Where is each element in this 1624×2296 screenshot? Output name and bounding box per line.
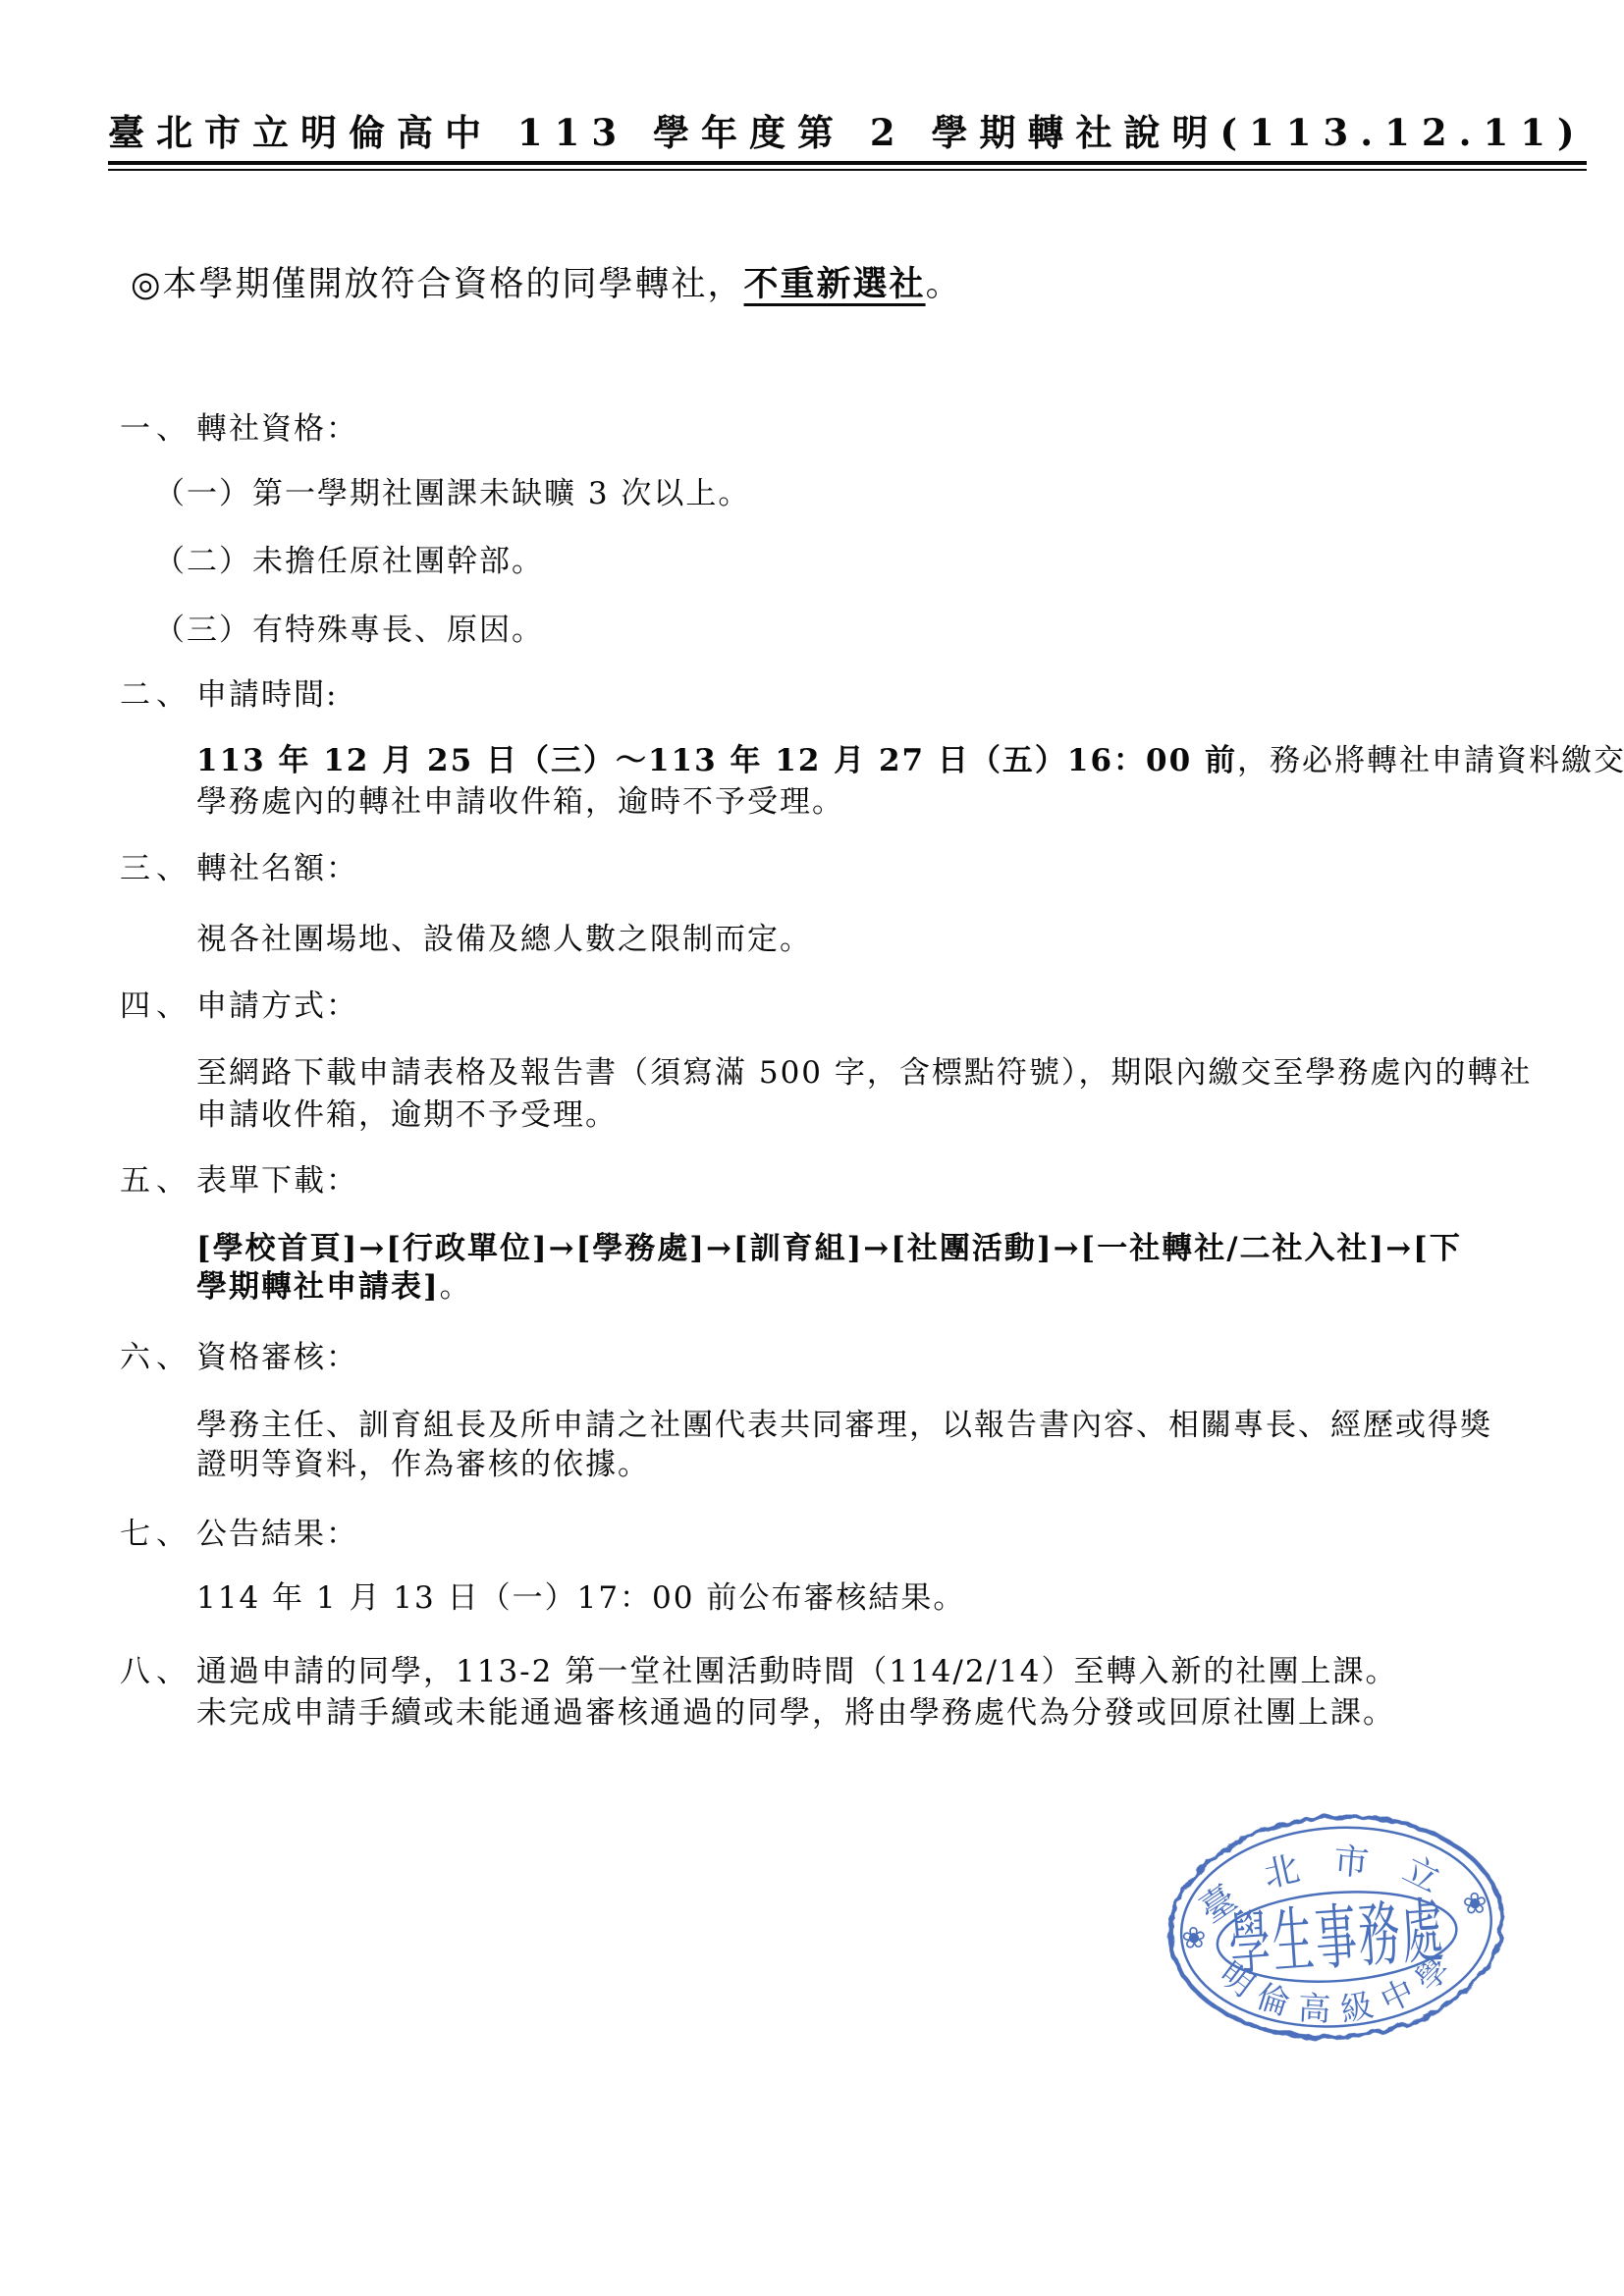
section-5-heading: 五、表單下載： [120,1159,358,1202]
section-1-heading-text: 轉社資格： [196,411,358,447]
section-5-heading-text: 表單下載： [196,1163,358,1199]
section-2-paragraph-line-2: 學務處內的轉社申請收件箱，逾時不予受理。 [196,780,844,824]
section-2-heading: 二、申請時間: [120,673,338,717]
download-path-line-1: [學校首頁]→[行政單位]→[學務處]→[訓育組]→[社團活動]→[一社轉社/二… [196,1227,1462,1270]
stamp-flower-right-icon: ❀ [1461,1886,1489,1922]
section-4-number: 四、 [120,985,196,1028]
section-7-paragraph: 114 年 1 月 13 日（一）17：00 前公布審核結果。 [196,1576,965,1620]
section-2-number: 二、 [120,673,196,717]
section-3-paragraph: 視各社團場地、設備及總人數之限制而定。 [196,918,812,961]
section-7-heading: 七、公告結果： [120,1513,358,1556]
section-6-number: 六、 [120,1336,196,1379]
section-4-heading: 四、申請方式： [120,985,358,1028]
section-3-heading-text: 轉社名額： [196,851,358,886]
document-title: 臺北市立明倫高中 113 學年度第 2 學期轉社說明(113.12.11) [108,110,1587,165]
list-item-1-1-number: （一） [154,472,252,515]
section-2-paragraph-line-1: 113 年 12 月 25 日（三）～113 年 12 月 27 日（五）16：… [196,739,1624,782]
section-8-line-1: 八、通過申請的同學，113-2 第一堂社團活動時間（114/2/14）至轉入新的… [120,1650,1397,1693]
section-4-paragraph-line-2: 申請收件箱，逾期不予受理。 [196,1094,618,1137]
section-6-paragraph-line-1: 學務主任、訓育組長及所申請之社團代表共同審理，以報告書內容、相關專長、經歷或得獎 [196,1404,1492,1447]
section-5-number: 五、 [120,1159,196,1202]
list-item-1-2-number: （二） [154,540,252,583]
section-7-heading-text: 公告結果： [196,1517,358,1552]
download-path-line-2-rest: 。 [440,1269,472,1305]
section-8-line-1-text: 通過申請的同學，113-2 第一堂社團活動時間（114/2/14）至轉入新的社團… [196,1654,1397,1689]
notice-suffix: 。 [926,265,962,304]
section-4-paragraph-line-1: 至網路下載申請表格及報告書（須寫滿 500 字，含標點符號），期限內繳交至學務處… [196,1051,1532,1095]
application-period-rest: ，務必將轉社申請資料繳交至 [1237,743,1624,778]
list-item-1-3-number: （三） [154,609,252,652]
section-4-heading-text: 申請方式： [196,988,358,1024]
official-stamp: 臺北市立 明倫高級中學 學生事務處 ❀ ❀ [1157,1800,1518,2056]
section-1-number: 一、 [120,407,196,451]
section-8-number: 八、 [120,1650,196,1693]
list-item-1-3-text: 有特殊專長、原因。 [252,613,544,648]
section-6-heading-text: 資格審核： [196,1340,358,1375]
section-8-line-2: 未完成申請手續或未能通過審核通過的同學，將由學務處代為分發或回原社團上課。 [196,1691,1395,1735]
list-item-1-1-text: 第一學期社團課未缺曠 3 次以上。 [252,476,750,511]
stamp-center-text: 學生事務處 [1226,1889,1447,1986]
notice-line: ◎本學期僅開放符合資格的同學轉社，不重新選社。 [131,263,962,306]
list-item-1-3: （三）有特殊專長、原因。 [154,609,544,652]
section-3-heading: 三、轉社名額： [120,847,358,890]
section-3-number: 三、 [120,847,196,890]
list-item-1-2-text: 未擔任原社團幹部。 [252,544,544,579]
document-page: 臺北市立明倫高中 113 學年度第 2 學期轉社說明(113.12.11) ◎本… [0,0,1624,2296]
notice-emphasis: 不重新選社 [744,264,926,304]
section-6-heading: 六、資格審核： [120,1336,358,1379]
section-7-number: 七、 [120,1513,196,1556]
section-2-heading-text: 申請時間: [196,677,338,713]
section-6-paragraph-line-2: 證明等資料，作為審核的依據。 [196,1443,650,1486]
notice-prefix: ◎本學期僅開放符合資格的同學轉社， [131,265,744,304]
download-path-line-2-bold: 學期轉社申請表] [196,1269,440,1305]
list-item-1-2: （二）未擔任原社團幹部。 [154,540,544,583]
download-path-line-2: 學期轉社申請表]。 [196,1265,472,1308]
list-item-1-1: （一）第一學期社團課未缺曠 3 次以上。 [154,472,750,515]
stamp-flower-left-icon: ❀ [1180,1920,1208,1956]
application-period-bold: 113 年 12 月 25 日（三）～113 年 12 月 27 日（五）16：… [196,743,1237,778]
section-1-heading: 一、轉社資格： [120,407,358,451]
